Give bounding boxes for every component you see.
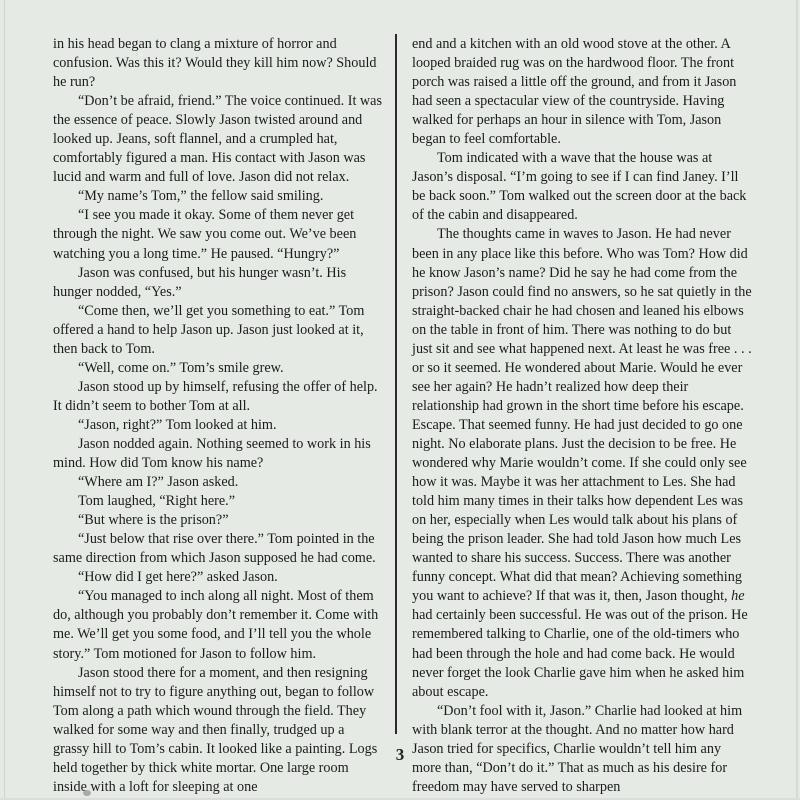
paragraph: The thoughts came in waves to Jason. He … [412, 225, 752, 701]
page-edge-left [4, 0, 5, 800]
paragraph: “But where is the prison?” [53, 511, 383, 530]
left-text-column: in his head began to clang a mixture of … [53, 35, 383, 797]
paragraph: Jason stood there for a moment, and then… [53, 664, 383, 797]
paragraph: “How did I get here?” asked Jason. [53, 568, 383, 587]
right-text-column: end and a kitchen with an old wood stove… [412, 35, 752, 797]
paragraph: Jason nodded again. Nothing seemed to wo… [53, 435, 383, 473]
paragraph: “You managed to inch along all night. Mo… [53, 587, 383, 663]
column-divider [395, 34, 397, 734]
emphasis: he [731, 588, 744, 604]
paragraph: Jason was confused, but his hunger wasn’… [53, 264, 383, 302]
scan-speck [83, 790, 91, 796]
paragraph: “Come then, we’ll get you something to e… [53, 302, 383, 359]
paragraph: Tom indicated with a wave that the house… [412, 149, 752, 225]
page-edge-right [796, 0, 798, 800]
paragraph: “Where am I?” Jason asked. [53, 473, 383, 492]
paragraph: end and a kitchen with an old wood stove… [412, 35, 752, 149]
paragraph: “Well, come on.” Tom’s smile grew. [53, 359, 383, 378]
paragraph: Jason stood up by himself, refusing the … [53, 378, 383, 416]
paragraph: in his head began to clang a mixture of … [53, 35, 383, 92]
paragraph: “Don’t be afraid, friend.” The voice con… [53, 92, 383, 187]
paragraph: “Jason, right?” Tom looked at him. [53, 416, 383, 435]
paragraph: Tom laughed, “Right here.” [53, 492, 383, 511]
paragraph: “My name’s Tom,” the fellow said smiling… [53, 187, 383, 206]
paragraph: “Just below that rise over there.” Tom p… [53, 530, 383, 568]
page-number: 3 [0, 745, 800, 765]
paragraph: “I see you made it okay. Some of them ne… [53, 206, 383, 263]
